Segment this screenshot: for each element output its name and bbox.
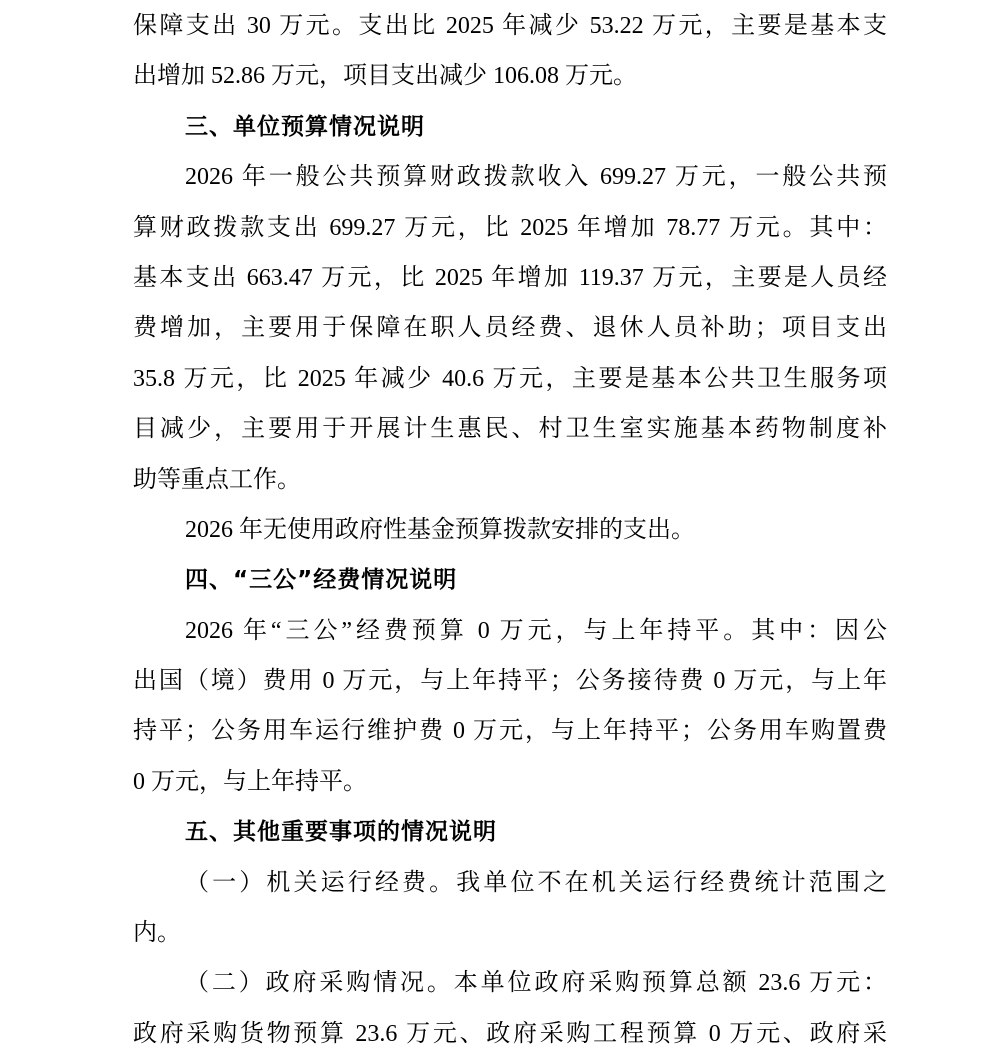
text-line: 2026 年“三公”经费预算 0 万元，与上年持平。其中：因公 (133, 606, 887, 656)
text-line: 费增加，主要用于保障在职人员经费、退休人员补助；项目支出 (133, 303, 887, 353)
text-line: （一）机关运行经费。我单位不在机关运行经费统计范围之 (133, 858, 887, 908)
text-line: 目减少，主要用于开展计生惠民、村卫生室实施基本药物制度补 (133, 404, 887, 454)
text-line: 内。 (133, 908, 887, 958)
text-line: 2026 年无使用政府性基金预算拨款安排的支出。 (133, 505, 887, 555)
document-page: 保障支出 30 万元。支出比 2025 年减少 53.22 万元，主要是基本支出… (0, 0, 1000, 1059)
text-line: 2026 年一般公共预算财政拨款收入 699.27 万元，一般公共预 (133, 152, 887, 202)
text-line: 政府采购货物预算 23.6 万元、政府采购工程预算 0 万元、政府采 (133, 1009, 887, 1059)
text-line: （二）政府采购情况。本单位政府采购预算总额 23.6 万元： (133, 958, 887, 1008)
text-line: 助等重点工作。 (133, 455, 887, 505)
text-line: 出国（境）费用 0 万元，与上年持平；公务接待费 0 万元，与上年 (133, 656, 887, 706)
section-heading: 三、单位预算情况说明 (133, 102, 887, 152)
text-line: 0 万元，与上年持平。 (133, 757, 887, 807)
document-body: 保障支出 30 万元。支出比 2025 年减少 53.22 万元，主要是基本支出… (133, 1, 887, 1059)
text-line: 出增加 52.86 万元，项目支出减少 106.08 万元。 (133, 51, 887, 101)
text-line: 持平；公务用车运行维护费 0 万元，与上年持平；公务用车购置费 (133, 706, 887, 756)
section-heading: 四、“三公”经费情况说明 (133, 555, 887, 605)
text-line: 35.8 万元，比 2025 年减少 40.6 万元，主要是基本公共卫生服务项 (133, 354, 887, 404)
section-heading: 五、其他重要事项的情况说明 (133, 807, 887, 857)
text-line: 保障支出 30 万元。支出比 2025 年减少 53.22 万元，主要是基本支 (133, 1, 887, 51)
text-line: 基本支出 663.47 万元，比 2025 年增加 119.37 万元，主要是人… (133, 253, 887, 303)
text-line: 算财政拨款支出 699.27 万元，比 2025 年增加 78.77 万元。其中… (133, 203, 887, 253)
